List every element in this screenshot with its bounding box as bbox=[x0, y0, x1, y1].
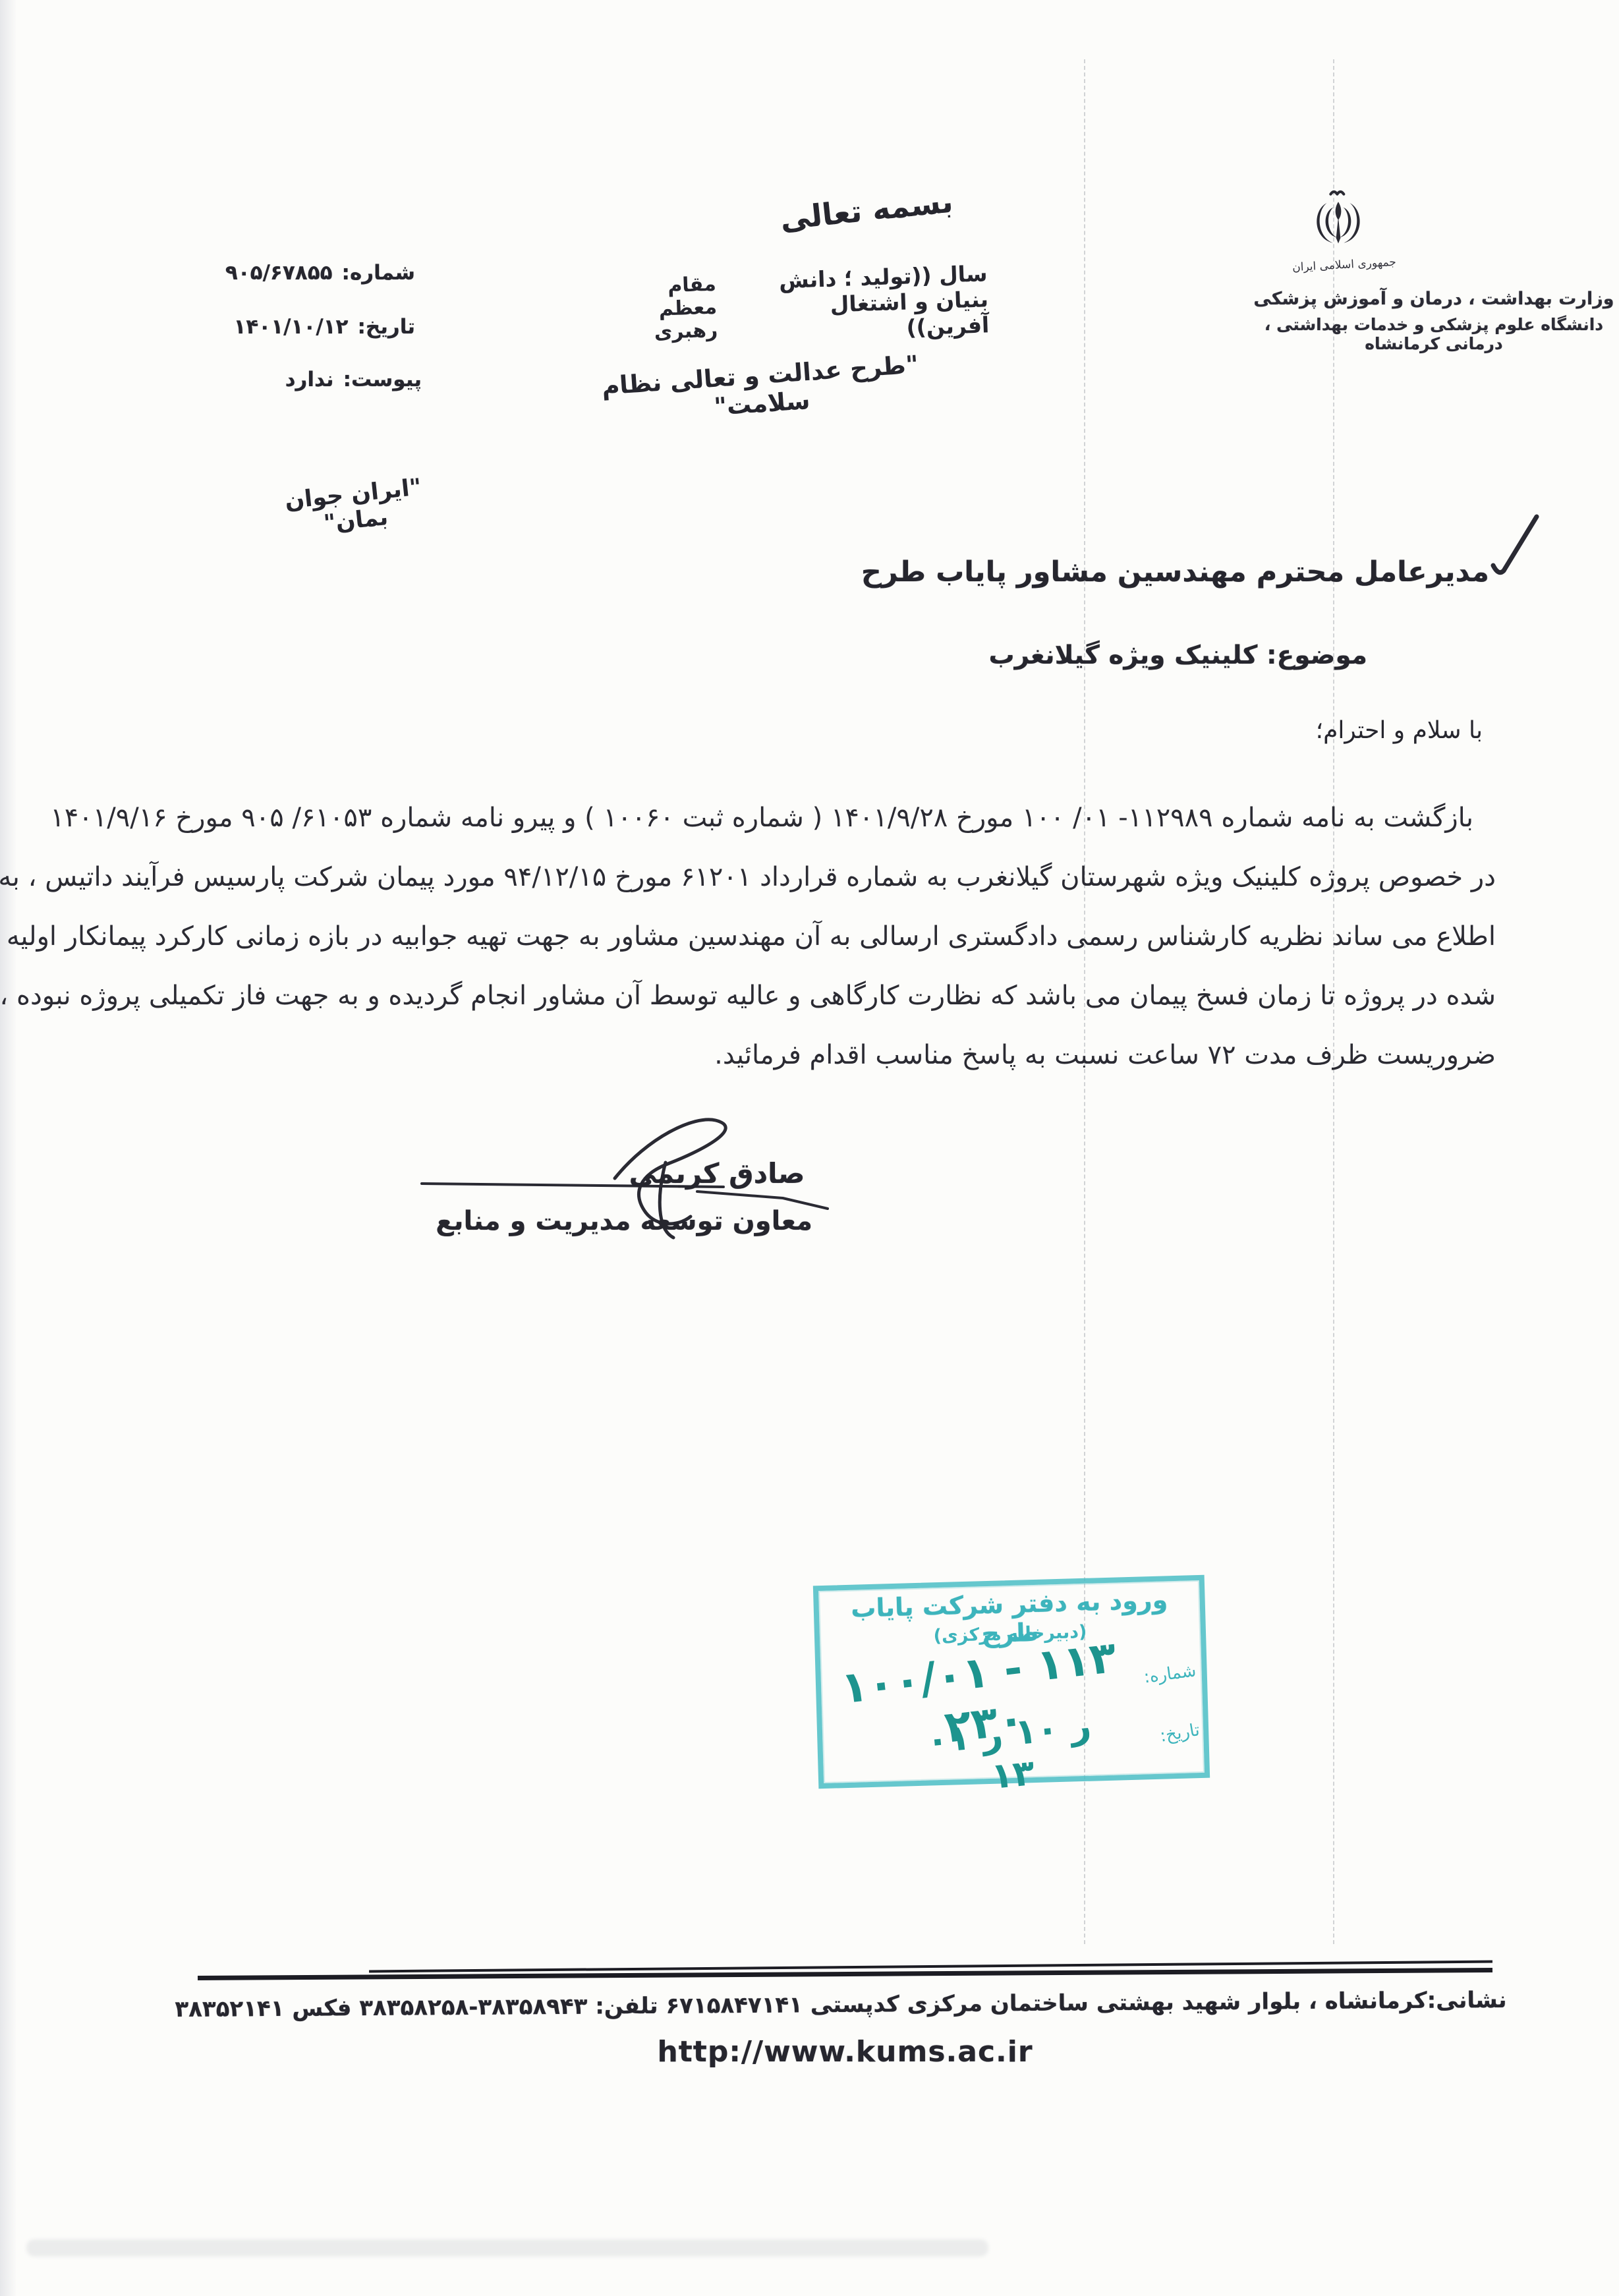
scan-smudge bbox=[26, 2239, 988, 2256]
subject-value: کلینیک ویژه گیلانغرب bbox=[988, 641, 1257, 670]
letter-date-value: ۱۴۰۱/۱۰/۱۲ bbox=[233, 315, 348, 339]
scan-edge-shadow bbox=[0, 0, 17, 2296]
recipient-line: مدیرعامل محترم مهندسین مشاور پایاب طرح bbox=[861, 556, 1489, 588]
health-plan-slogan: "طرح عدالت و تعالی نظام سلامت" bbox=[595, 350, 928, 430]
body-line: ضروریست ظرف مدت ۷۲ ساعت نسبت به پاسخ منا… bbox=[194, 1025, 1496, 1085]
letter-number-row: شماره:۹۰۵/۶۷۸۵۵ bbox=[225, 261, 415, 285]
subject-line: موضوع: کلینیک ویژه گیلانغرب bbox=[988, 641, 1367, 670]
body-line: شده در پروژه تا زمان فسخ پیمان می باشد ک… bbox=[194, 966, 1496, 1025]
footer-website: http://www.kums.ac.ir bbox=[198, 2035, 1492, 2069]
attachment-value: ندارد bbox=[285, 368, 334, 391]
iran-national-emblem-icon bbox=[1308, 190, 1369, 261]
ministry-name: وزارت بهداشت ، درمان و آموزش پزشکی bbox=[1252, 289, 1616, 309]
handwritten-checkmark-icon bbox=[1488, 513, 1541, 587]
attachment-label: پیوست: bbox=[343, 368, 422, 391]
entry-stamp: ورود به دفتر شرکت پایاب طرح (دبیرخانه مر… bbox=[813, 1575, 1210, 1789]
bismillah-calligraphy: بسمه تعالی bbox=[770, 183, 963, 238]
letter-number-label: شماره: bbox=[342, 261, 415, 285]
letter-date-row: تاریخ:۱۴۰۱/۱۰/۱۲ bbox=[233, 315, 415, 339]
leader-title: مقام معظم رهبری bbox=[618, 273, 718, 345]
letter-number-value: ۹۰۵/۶۷۸۵۵ bbox=[225, 261, 333, 285]
footer-address: نشانی:کرمانشاه ، بلوار شهید بهشتی ساختما… bbox=[162, 1987, 1520, 2023]
body-line: در خصوص پروژه کلینیک ویژه شهرستان گیلانغ… bbox=[194, 847, 1496, 907]
signatory-title: معاون توسعه مدیریت و منابع bbox=[440, 1206, 812, 1236]
scanned-letter-page: جمهوری اسلامی ایران وزارت بهداشت ، درمان… bbox=[0, 0, 1619, 2296]
year-slogan: سال ((تولید ؛ دانش بنیان و اشتغال آفرین)… bbox=[741, 260, 990, 346]
subject-label: موضوع: bbox=[1266, 641, 1367, 670]
university-name: دانشگاه علوم پزشکی و خدمات بهداشتی ، درم… bbox=[1252, 315, 1616, 353]
body-paragraph: بازگشت به نامه شماره ۱۱۲۹۸۹- ۰۱/ ۱۰۰ مور… bbox=[194, 788, 1496, 1085]
body-line: اطلاع می ساند نظریه کارشناس رسمی دادگستر… bbox=[194, 907, 1496, 966]
salutation: با سلام و احترام؛ bbox=[1316, 717, 1483, 744]
year-slogan-row: سال ((تولید ؛ دانش بنیان و اشتغال آفرین)… bbox=[618, 260, 990, 350]
signatory-name: صادق کریمی bbox=[611, 1157, 822, 1190]
stamp-number-label: شماره: bbox=[1143, 1661, 1197, 1687]
attachment-row: پیوست:ندارد bbox=[285, 368, 422, 391]
emblem-caption: جمهوری اسلامی ایران bbox=[1278, 255, 1411, 275]
letter-date-label: تاریخ: bbox=[357, 315, 415, 339]
stamp-date-label: تاریخ: bbox=[1158, 1720, 1201, 1746]
iran-young-slogan: "ایران جوان بمان" bbox=[267, 473, 443, 543]
body-line: بازگشت به نامه شماره ۱۱۲۹۸۹- ۰۱/ ۱۰۰ مور… bbox=[194, 788, 1496, 847]
